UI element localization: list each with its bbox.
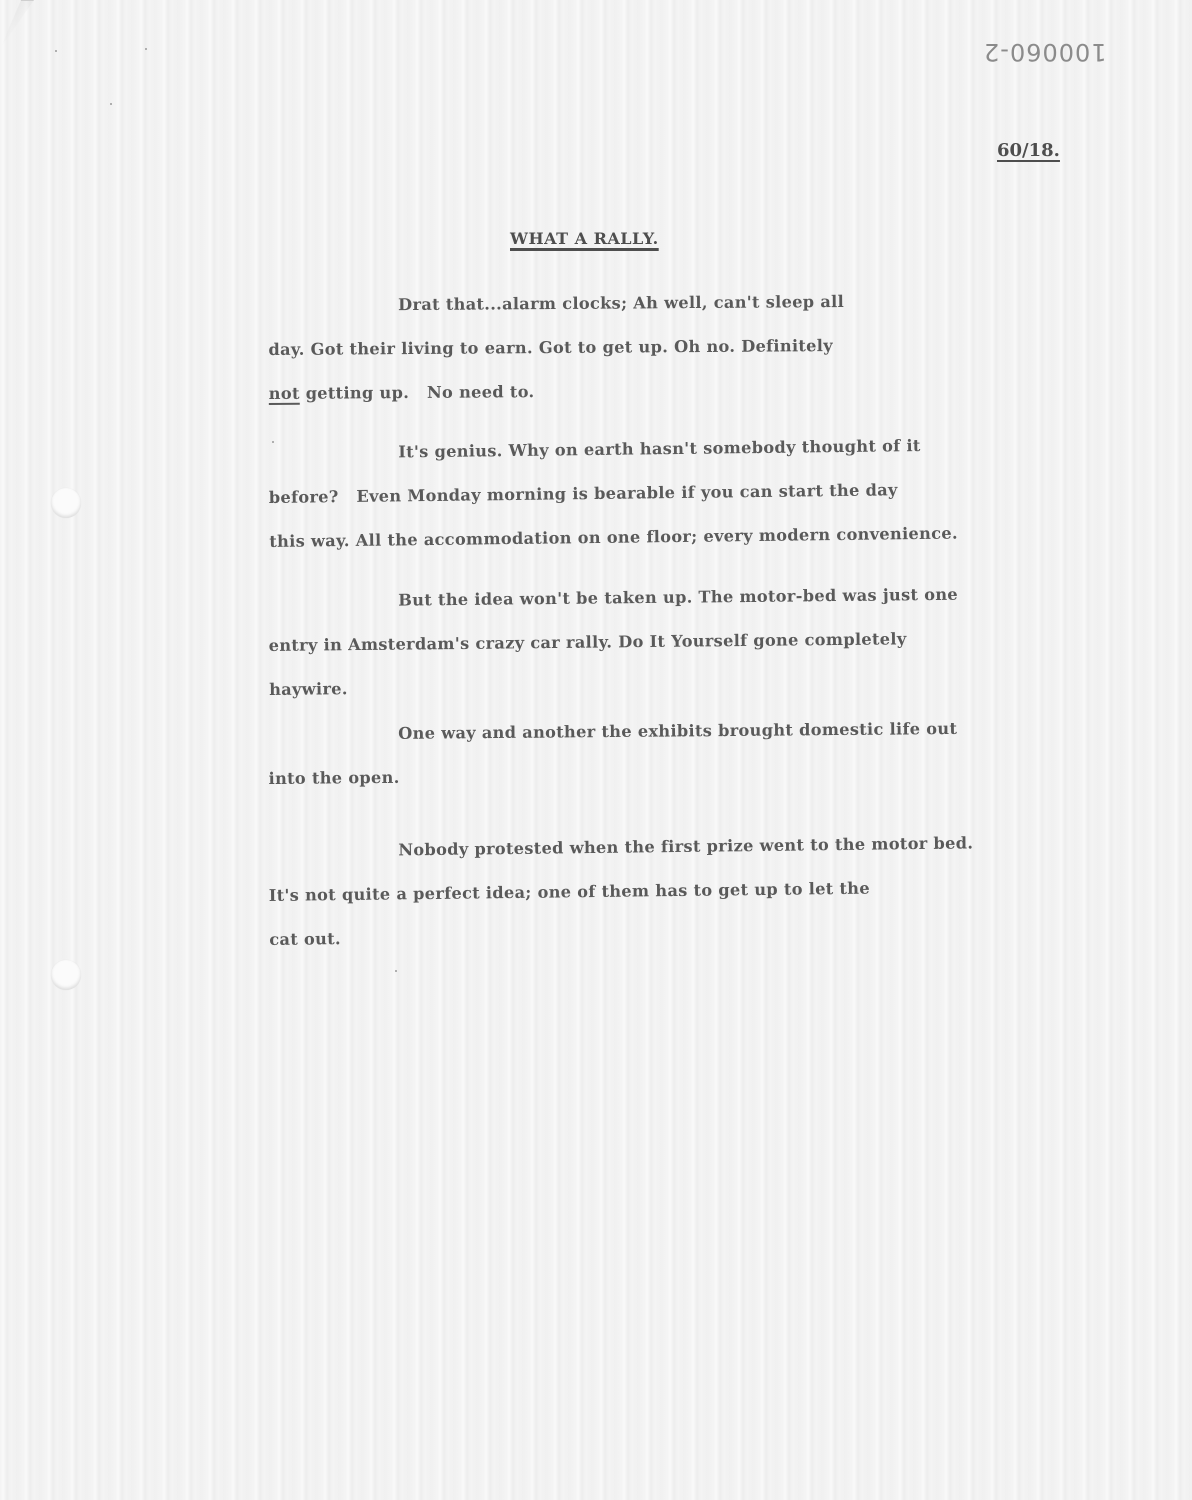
- punch-hole-icon: [51, 960, 81, 990]
- punch-hole-icon: [51, 488, 81, 518]
- text-line: haywire.: [269, 659, 1149, 712]
- paper-speck: [110, 103, 112, 105]
- text-line: day. Got their living to earn. Got to ge…: [268, 322, 1148, 372]
- underlined-word: not: [269, 384, 300, 403]
- typewritten-page: 100060-2 60/18. WHAT A RALLY. Drat that.…: [0, 0, 1192, 1500]
- paper-speck: [145, 48, 147, 50]
- paragraph-1: Drat that...alarm clocks; Ah well, can't…: [268, 278, 1149, 416]
- paper-speck: [395, 970, 397, 972]
- text-line: Drat that...alarm clocks; Ah well, can't…: [268, 278, 1148, 328]
- paragraph-5: Nobody protested when the first prize we…: [268, 819, 1150, 962]
- text-line: One way and another the exhibits brought…: [268, 705, 1148, 757]
- text-line: not getting up. No need to.: [269, 366, 1149, 416]
- paragraph-4: One way and another the exhibits brought…: [268, 705, 1149, 801]
- paragraph-2: It's genius. Why on earth hasn't somebod…: [268, 421, 1150, 564]
- text-line-rest: getting up. No need to.: [306, 382, 535, 403]
- text-line: this way. All the accommodation on one f…: [269, 509, 1149, 564]
- paragraph-3: But the idea won't be taken up. The moto…: [268, 571, 1149, 712]
- document-title: WHAT A RALLY.: [510, 229, 659, 248]
- archive-reference-number: 100060-2: [983, 38, 1107, 66]
- folded-corner: [0, 0, 34, 49]
- paper-speck: [55, 50, 57, 52]
- document-number: 60/18.: [997, 140, 1060, 161]
- text-line: into the open.: [268, 749, 1148, 801]
